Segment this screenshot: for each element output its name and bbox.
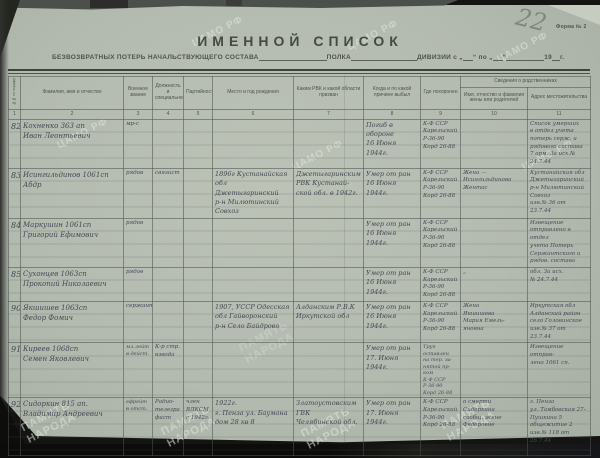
entry-name: Якшишев 1063сп Федор Фомич [23,303,121,323]
entry-address: Извещение отправ- лено 1061 сп. [530,344,588,367]
entry-number: 83 [11,170,18,182]
entry-birth: 1907, УССР Одесская обл Гайворонский р-н… [215,303,291,331]
table-row: 85 Сухонцев 1063сп Прокопий Николаевич р… [9,267,591,301]
col-header-relatives-group: Сведения о родственниках [461,77,591,88]
col-header-number: №№ по порядку [9,77,21,110]
col-number: 5 [184,109,213,119]
document-title: ИМЕННОЙ СПИСОК [0,33,600,49]
blank-line [506,53,544,61]
entry-rank: рядов [126,269,150,277]
document-subtitle: БЕЗВОЗВРАТНЫХ ПОТЕРЬ НАЧАЛЬСТВУЮЩЕГО СОС… [52,53,592,61]
entry-relative: „ [463,269,525,277]
entry-relative: Жена Якшишева Мария Емель- яновна [463,303,525,334]
entry-address: г. Пенза ул. Тамбовская 27- Пушкина 5 об… [530,399,588,445]
entry-number: 91 [11,344,18,356]
col-header-duty: Должность и специальность [153,77,184,110]
blank-line [259,53,327,61]
entry-drafted: Алданским Р.В.К Иркутской обл [296,303,361,322]
entry-address: Кустанайская обл Джетыгаринский р-н Милю… [530,170,588,216]
entry-birth: 1922г. г. Пенза ул. Баумана дом 28 кв 8 [215,399,291,427]
entry-cause: Умер от ран 17. Июня 1944г. [366,344,418,372]
entry-birth: 1896г Кустанайская обл Джетыгаринский р-… [215,170,291,217]
col-header-party: Партийность [184,77,213,110]
col-header-address: Адрес местожительства [528,88,591,110]
col-header-relative-name: Имя, отчество и фамилия жены или родител… [461,88,528,110]
entry-rank: рядов [126,220,150,228]
entry-number: 85 [11,269,18,281]
torn-page-sliver [226,0,242,6]
entry-name: Исингильдинов 1061сп Абдр [23,170,121,190]
entry-buried: К-Ф ССР Карельский Р-36-90 Корд 26-88 [423,121,458,152]
col-number: 10 [461,109,528,119]
entry-name: Киреев 1068сп Семен Яковлевич [23,344,121,364]
col-header-buried: Где похоронен [421,77,461,110]
col-header-name: Фамилия, имя и отчество [21,77,124,110]
table-row: 91 Киреев 1068сп Семен Яковлевич мл.лейт… [9,343,591,398]
entry-buried: К-Ф ССР Карельский Р-36-90 Корд 26-88 [423,303,458,334]
col-number: 1 [9,109,21,119]
entry-rank: рядов [126,170,150,178]
torn-page-tab [90,0,128,8]
entry-name: Кохненко 363 ап Иван Леонтьевич [23,121,121,141]
entry-cause: Умер от ран 16 Июня 1944г. [366,303,418,331]
blank-line [493,53,503,61]
table-row: 84 Маркушин 1061сп Григорий Ефимович ряд… [9,218,591,267]
entry-rank: ефрейт в отст. [126,399,150,412]
entry-cause: Погиб в обороне 16 Июня 1944г. [366,121,418,159]
entry-drafted: Джетыгаринским РВК Кустанай- ской обл. в… [296,170,361,198]
table-row: 83 Исингильдинов 1061сп Абдр рядов связи… [9,168,591,218]
col-header-birth: Место и год рождения [213,77,294,110]
subtitle-year-suffix: г. [560,54,564,61]
entry-cause: Умер от ран 16 Июня 1944г. [366,170,418,198]
blank-line [552,53,560,61]
table-row: 90 Якшишев 1063сп Федор Фомич сержант 19… [9,301,591,342]
entry-address: Извещение отправлено в отдел учета Потер… [530,220,588,266]
entry-cause: Умер от ран 17. Июня 1944г. [366,399,418,427]
entry-name: Маркушин 1061сп Григорий Ефимович [23,220,121,240]
entry-party: член ВЛКСМ с 1942г. [186,399,210,422]
entry-relative: Жена — Исингильдинова Жентас [463,170,525,193]
entry-number: 90 [11,303,18,315]
col-header-drafted: Каким РВК и какой области призван [294,77,364,110]
entry-name: Сидоркин 815 ап. Владимир Андреевич [23,399,121,419]
entry-buried: Труп оставлен на тер. за- нятой пр-ком К… [423,344,458,396]
col-number: 3 [124,109,153,119]
entry-number: 82 [11,121,18,133]
col-number: 2 [21,109,124,119]
entry-rank: мл.лейт в дейст. [126,344,150,357]
entry-duty: связист [155,170,181,178]
entry-drafted: Златоустовским ГВК Челябинской обл. [296,399,361,427]
subtitle-division-text: ДИВИЗИИ с „ [417,54,463,61]
entry-rank: сержант [126,303,150,311]
entry-cause: Умер от ран 16 Июня 1944г. [366,220,418,248]
entry-duty: К-р стр. взвода [155,344,181,359]
entry-buried: К-Ф ССР Карельский Р-36-90 Корд 26-88 [423,170,458,201]
col-number: 4 [153,109,184,119]
entry-number: 84 [11,220,18,232]
entry-address: Иркутская обл Алданский район село Голов… [530,303,588,341]
entry-address: Список умерших в отдел учета потерь серж… [530,121,588,167]
col-number: 6 [213,109,294,119]
entry-cause: Умер от ран 16 Июня 1944г. [366,269,418,297]
entry-relative: о смерти Сидоркина сообщ. жене Федоровне [463,399,525,430]
col-header-cause: Когда и по какой причине выбыл [364,77,421,110]
blank-line [463,53,473,61]
col-number: 9 [421,109,461,119]
form-number-label: Форма № 2 [556,24,587,30]
table-row: 82 Кохненко 363 ап Иван Леонтьевич мр-с … [9,119,591,168]
col-number: 7 [294,109,364,119]
entry-rank: мр-с [126,121,150,129]
entry-buried: К-Ф ССР Карельский Р-36-90 Корд 26-88 [423,220,458,251]
subtitle-polka-text: ПОЛКА [327,54,351,61]
blank-line [351,53,417,61]
casualty-list-table: №№ по порядку Фамилия, имя и отчество Во… [8,76,591,456]
table-row: 92 Сидоркин 815 ап. Владимир Андреевич е… [9,398,591,456]
entry-duty: Радио- телегра фист [155,399,181,422]
header-rule-thick [8,69,590,71]
entry-buried: К-Ф ССР Карельский Р-36-90 Корд 26-88 [423,269,458,300]
col-number: 8 [364,109,421,119]
subtitle-losses-text: БЕЗВОЗВРАТНЫХ ПОТЕРЬ НАЧАЛЬСТВУЮЩЕГО СОС… [52,54,259,61]
subtitle-po-text: “ по „ [473,54,493,61]
col-header-rank: Военное звание [124,77,153,110]
header-rule-thin [8,73,590,74]
entry-number: 92 [11,399,18,411]
entry-buried: К-Ф ССР Карельский Р-36-90 Корд 26-88 [423,399,458,430]
col-number: 11 [528,109,591,119]
entry-address: обл. За исх. № 24.7.44 [530,269,588,284]
subtitle-year-prefix: 19 [544,54,552,61]
entry-name: Сухонцев 1063сп Прокопий Николаевич [23,269,121,289]
